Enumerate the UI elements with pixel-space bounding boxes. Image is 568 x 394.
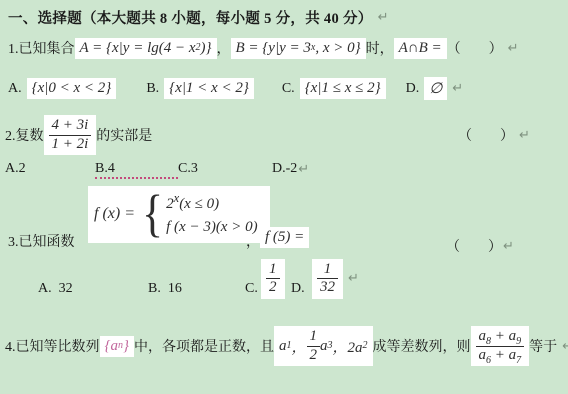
question-4-text: 等于 — [529, 336, 557, 356]
question-4-stem: 4.已知等比数列 {an} 中，各项都是正数，且 a1，12a3，2a2 成等差… — [5, 317, 568, 375]
equation-complex-fraction[interactable]: 4 + 3i 1 + 2i — [44, 115, 97, 155]
equation-text: )} — [201, 40, 212, 57]
option-d-label: D. — [291, 281, 305, 297]
fraction-denominator: 2 — [266, 278, 280, 296]
subscript: 7 — [516, 355, 521, 366]
comma-text: ， — [217, 38, 231, 58]
fraction: 1 2 — [266, 261, 280, 297]
fraction: 12 — [307, 328, 321, 364]
line-break-icon: ↵ — [348, 271, 359, 286]
equation-text: } — [123, 338, 129, 355]
fraction-numerator: 1 — [307, 328, 321, 345]
equation-option-d-empty-set[interactable]: ∅ — [424, 77, 447, 100]
equation-f5-row: f (5) = — [260, 227, 309, 248]
line-break-icon: ↵ — [298, 162, 309, 177]
fraction-denominator: 1 + 2i — [49, 135, 92, 153]
fraction-denominator: a6 + a7 — [476, 346, 525, 364]
equation-text: a — [479, 347, 487, 363]
question-2-text: 的实部是 — [96, 125, 152, 145]
line-break-icon: ↵ — [519, 128, 530, 143]
section-title: 一、选择题（本大题共 8 小题，每小题 5 分，共 40 分） — [8, 7, 373, 28]
fraction: 4 + 3i 1 + 2i — [49, 117, 92, 153]
question-2-text: 2.复数 — [5, 125, 44, 145]
left-brace-glyph: { — [142, 191, 163, 238]
option-d-label: D. — [406, 81, 420, 97]
option-b-label: B. — [146, 81, 159, 97]
line-break-icon: ↵ — [378, 10, 389, 25]
equation-text: (x ≤ 0) — [179, 196, 219, 212]
question-1-options: A. {x|0 < x < 2} B. {x|1 < x < 2} C. {x|… — [8, 75, 463, 102]
fraction: a8 + a9 a6 + a7 — [476, 328, 525, 364]
answer-paren: （ ） — [447, 38, 503, 58]
equation-text: a — [479, 328, 487, 344]
question-1-text: 1.已知集合 — [8, 38, 75, 58]
fraction-numerator: 4 + 3i — [49, 117, 92, 134]
equation-sequence-name[interactable]: {an} — [100, 336, 135, 357]
option-d: D.-2 — [272, 161, 297, 177]
line-break-icon: ↵ — [452, 81, 463, 96]
piecewise-case-1: 2x(x ≤ 0) — [166, 189, 257, 216]
equation-text: a — [279, 338, 287, 355]
equation-f5[interactable]: f (5) = — [260, 227, 309, 248]
line-break-icon: ↵ — [562, 339, 568, 354]
equation-set-b[interactable]: B = {y|y = 3x, x > 0} — [231, 38, 366, 59]
fraction-numerator: a8 + a9 — [476, 328, 525, 345]
question-4-text: 4.已知等比数列 — [5, 336, 100, 356]
equation-text: f (x) = — [94, 205, 135, 223]
fraction-denominator: 2 — [307, 346, 321, 364]
equation-one-thirty-second-row: 1 32 ↵ — [312, 259, 359, 299]
equation-set-a[interactable]: A = {x|y = lg(4 − x2)} — [75, 38, 217, 59]
equation-text: A = {x|y = lg(4 − x — [80, 40, 196, 57]
equation-option-b[interactable]: {x|1 < x < 2} — [164, 78, 254, 99]
fraction-denominator: 32 — [317, 278, 338, 296]
fraction-numerator: 1 — [321, 261, 335, 278]
answer-paren: （ ） — [446, 236, 502, 256]
option-b-spellcheck-underline: B.4 — [95, 161, 178, 179]
section-title-row: 一、选择题（本大题共 8 小题，每小题 5 分，共 40 分） ↵ — [8, 7, 388, 28]
equation-text: 2 — [166, 196, 174, 212]
option-a: A. 32 — [38, 281, 73, 297]
question-2-stem: 2.复数 4 + 3i 1 + 2i 的实部是 — [5, 112, 152, 158]
option-c: C.3 — [178, 161, 198, 177]
equation-option-a[interactable]: {x|0 < x < 2} — [27, 78, 117, 99]
line-break-icon: ↵ — [503, 239, 514, 254]
answer-paren: （ ） — [458, 125, 514, 145]
equation-text: ， — [292, 336, 307, 357]
equation-one-half[interactable]: 1 2 — [261, 259, 285, 299]
option-b: B. 16 — [148, 281, 182, 297]
equation-one-half-row: 1 2 — [261, 259, 285, 299]
option-c-label: C. — [245, 281, 258, 297]
exam-document: 一、选择题（本大题共 8 小题，每小题 5 分，共 40 分） ↵ 1.已知集合… — [0, 0, 568, 394]
equation-text: B = {y|y = 3 — [236, 40, 311, 57]
question-4-text: 中，各项都是正数，且 — [134, 336, 274, 356]
line-break-icon: ↵ — [508, 41, 519, 56]
question-3-text: 3.已知函数 — [8, 231, 75, 251]
equation-ratio-fraction[interactable]: a8 + a9 a6 + a7 — [471, 326, 530, 366]
equation-arith-terms[interactable]: a1，12a3，2a2 — [274, 326, 373, 366]
question-3-answer-paren-row: （ ） ↵ — [446, 236, 514, 256]
question-1-text: 时， — [366, 38, 394, 58]
option-a-label: A. — [8, 81, 22, 97]
question-4-text: 成等差数列，则 — [373, 336, 471, 356]
piecewise-case-2: f (x − 3)(x > 0) — [166, 216, 257, 239]
equation-one-thirty-second[interactable]: 1 32 — [312, 259, 343, 299]
option-d-row: D.-2 ↵ — [272, 161, 309, 177]
equation-intersection[interactable]: A∩B = — [394, 38, 447, 59]
question-1-stem: 1.已知集合 A = {x|y = lg(4 − x2)} ， B = {y|y… — [8, 34, 519, 62]
equation-text: + a — [491, 347, 516, 363]
equation-text: , x > 0} — [315, 40, 360, 57]
equation-text: + a — [491, 328, 516, 344]
equation-piecewise-function[interactable]: f (x) = { 2x(x ≤ 0) f (x − 3)(x > 0) — [88, 186, 270, 243]
fraction: 1 32 — [317, 261, 338, 297]
equation-text: ，2a — [333, 336, 363, 357]
option-a: A.2 — [5, 161, 26, 177]
equation-text: a — [320, 338, 328, 355]
question-2-answer-paren-row: （ ） ↵ — [458, 125, 530, 145]
fraction-numerator: 1 — [266, 261, 280, 278]
piecewise-cases: 2x(x ≤ 0) f (x − 3)(x > 0) — [166, 189, 257, 240]
option-c-label: C. — [282, 81, 295, 97]
equation-option-c[interactable]: {x|1 ≤ x ≤ 2} — [300, 78, 386, 99]
equation-text: {a — [105, 338, 119, 355]
